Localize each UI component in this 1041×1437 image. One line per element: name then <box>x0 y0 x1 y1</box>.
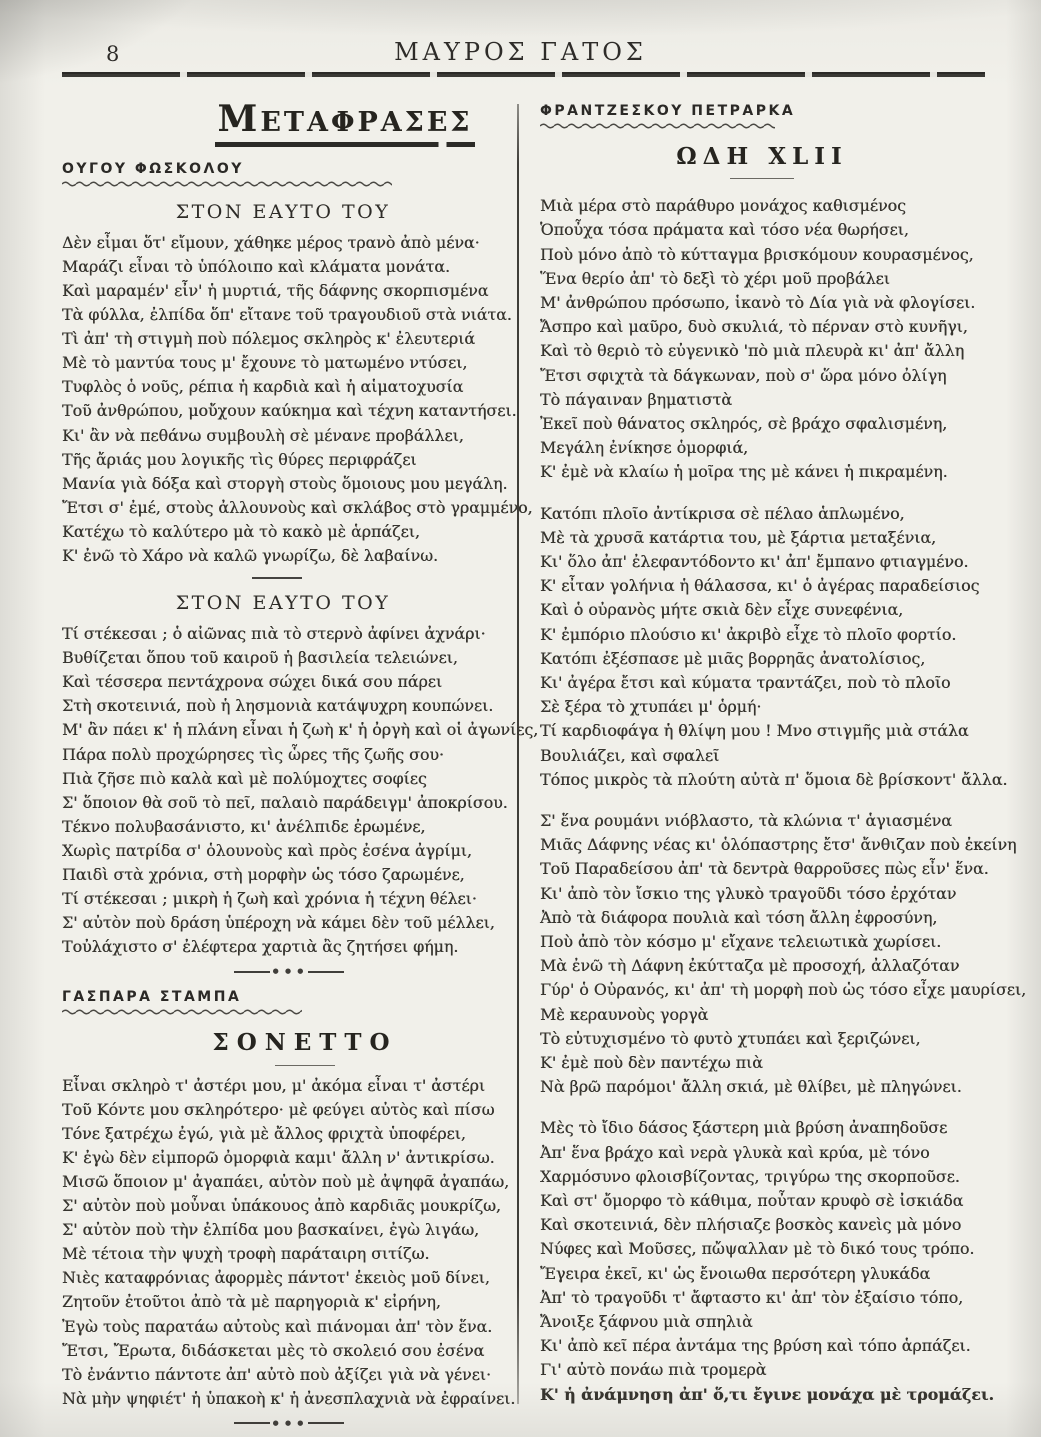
poem-line: Ἐκεῖ ποὺ θάνατος σκληρός, σὲ βράχο σφαλι… <box>540 412 992 436</box>
poem-line: Μὰ ἐνῶ τὴ Δάφνη ἐκύτταζα μὲ προσοχή, ἀλλ… <box>540 954 992 978</box>
poem-sonetto: Εἶναι σκληρὸ τ' ἀστέρι μου, μ' ἀκόμα εἶν… <box>62 1074 504 1411</box>
poem-line: Τί καρδιοφάγα ἡ θλίψη μου ! Μνο στιγμῆς … <box>540 719 992 743</box>
poem-line: Μ' ἂν πάει κ' ἡ πλάνη εἶναι ἡ ζωὴ κ' ἡ ὀ… <box>62 718 504 742</box>
newspaper-page: 8 ΜΑΥΡΟΣ ΓΑΤΟΣ ΜΕΤΑΦΡΑΣΕΣ ΟΥΓΟΥ ΦΩΣΚΟΛΟΥ… <box>0 0 1041 1437</box>
poem-line: Σ' αὐτὸν ποὺ τὴν ἐλπίδα μου βασκαίνει, ἐ… <box>62 1218 504 1242</box>
ornament-divider <box>234 968 344 975</box>
poem-line: Σ' ἕνα ρουμάνι νιόβλαστο, τὰ κλώνια τ' ἁ… <box>540 809 992 833</box>
poem-line: Κι' ἀγέρα ἔτσι καὶ κύματα τραντάζει, ποὺ… <box>540 671 992 695</box>
poem-title-sonetto: ΣΟΝΕΤΤΟ <box>212 1031 397 1055</box>
poem-line: Τὸ πάγαιναν βηματιστὰ <box>540 388 992 412</box>
poem-line: Ὁποὖχα τόσα πράματα καὶ τόσο νέα θωρήσει… <box>540 218 992 242</box>
wavy-underline <box>62 1008 302 1016</box>
heading-rule <box>275 1065 335 1066</box>
ode-stanza-1: Μιὰ μέρα στὸ παράθυρο μονάχος καθισμένος… <box>540 194 992 484</box>
poem-line: Ζητοῦν ἐτοῦτοι ἀπὸ τὰ μὲ παρηγοριὰ κ' εἰ… <box>62 1290 504 1314</box>
poem-line: Τοὐλάχιστο σ' ἐλέφτερα χαρτιὰ ἂς ζητήσει… <box>62 935 504 959</box>
poem-line: Ἀπ' τὸ τραγοῦδι τ' ἄφταστο κι' ἀπ' τὸν ἐ… <box>540 1286 992 1310</box>
wavy-underline <box>540 122 775 130</box>
poem-line: Παιδὶ στὰ χρόνια, στὴ μορφὴν ὡς τόσο ζαρ… <box>62 863 504 887</box>
poem-line: Καὶ τὸ θεριὸ τὸ εὐγενικὸ 'πὸ μιὰ πλευρὰ … <box>540 339 992 363</box>
poem-line: Τὸ εὐτυχισμένο τὸ φυτὸ χτυπάει καὶ ξεριζ… <box>540 1027 992 1051</box>
poem-line: Χωρὶς πατρίδα σ' ὁλουνοὺς καὶ πρὸς ἐσένα… <box>62 839 504 863</box>
poem-line: Μισῶ ὅποιον μ' ἀγαπάει, αὐτὸν ποὺ μὲ ἀψη… <box>62 1170 504 1194</box>
poem-line: Κι' ἀπὸ κεῖ πέρα ἀντάμα της βρύση καὶ τό… <box>540 1334 992 1358</box>
poem-line: Καὶ στ' ὄμορφο τὸ κάθιμα, ποὖταν κρυφὸ σ… <box>540 1189 992 1213</box>
poem-title: ΣΤΟΝ ΕΑΥΤΟ ΤΟΥ <box>62 201 504 223</box>
poem-line: Τυφλὸς ὁ νοῦς, ρέπια ἡ καρδιὰ καὶ ἡ αἱμα… <box>62 375 504 399</box>
poem-line: Σ' ὅποιον θὰ σοῦ τὸ πεῖ, παλαιὸ παράδειγ… <box>62 791 504 815</box>
poem-line: Κατέχω τὸ καλύτερο μὰ τὸ κακὸ μὲ ἁρπάζει… <box>62 520 504 544</box>
left-column: ΜΕΤΑΦΡΑΣΕΣ ΟΥΓΟΥ ΦΩΣΚΟΛΟΥ ΣΤΟΝ ΕΑΥΤΟ ΤΟΥ… <box>62 96 504 1427</box>
sonetto-heading-block: ΣΟΝΕΤΤΟ <box>212 1031 397 1065</box>
poem-line: Μεγάλη ἐνίκησε ὁμορφιά, <box>540 436 992 460</box>
poem-line: Σ' αὐτὸν ποὺ δράση ὑπέροχη νὰ κάμει δὲν … <box>62 911 504 935</box>
poem-line: Ἔγειρα ἐκεῖ, κι' ὡς ἔνοιωθα περσότερη γλ… <box>540 1262 992 1286</box>
poem-line: Εἶναι σκληρὸ τ' ἀστέρι μου, μ' ἀκόμα εἶν… <box>62 1074 504 1098</box>
ornament-dots <box>270 1420 309 1427</box>
ode-stanza-3: Σ' ἕνα ρουμάνι νιόβλαστο, τὰ κλώνια τ' ἁ… <box>540 809 992 1099</box>
poem-line: Κι' ἂν νὰ πεθάνω συμβουλὴ σὲ μένανε προβ… <box>62 424 504 448</box>
poem-line: Χαρμόσυνο φλοισβίζοντας, τριγύρω της σκο… <box>540 1165 992 1189</box>
ornament-divider <box>234 1420 344 1427</box>
poem-line: Μ' ἀνθρώπου πρόσωπο, ἱκανὸ τὸ Δία γιὰ νὰ… <box>540 291 992 315</box>
poem-line: Καὶ μαραμέν' εἶν' ἡ μυρτιά, τῆς δάφνης σ… <box>62 279 504 303</box>
ode-stanza-2: Κατόπι πλοῖο ἀντίκρισα σὲ πέλαο ἁπλωμένο… <box>540 502 992 792</box>
poem-line: Μὲς τὸ ἴδιο δάσος ξάστερη μιὰ βρύση ἀναπ… <box>540 1116 992 1140</box>
poem-line: Τὰ φύλλα, ἐλπίδα ὅπ' εἴτανε τοῦ τραγουδι… <box>62 303 504 327</box>
poem-line: Τὶ ἀπ' τὴ στιγμὴ ποὺ πόλεμος σκληρὸς κ' … <box>62 327 504 351</box>
masthead-title: ΜΑΥΡΟΣ ΓΑΤΟΣ <box>0 38 1041 66</box>
poem-line: Τόνε ξατρέχω ἐγώ, γιὰ μὲ ἄλλος φριχτὰ ὑπ… <box>62 1122 504 1146</box>
poem-line: Μανία γιὰ δόξα καὶ στοργὴ στοὺς ὅμοιους … <box>62 472 504 496</box>
poem-line: Κ' ἐμὲ ποὺ δὲν παντέχω πιὰ <box>540 1051 992 1075</box>
poem-line: Τί στέκεσαι ; μικρὴ ἡ ζωὴ καὶ χρόνια ἡ τ… <box>62 887 504 911</box>
poem-line: Κατόπι ἐξέσπασε μὲ μιᾶς βορρηᾶς ἀνατολίσ… <box>540 647 992 671</box>
poem-line: Βυθίζεται ὅπου τοῦ καιροῦ ἡ βασιλεία τελ… <box>62 646 504 670</box>
right-column: ΦΡΑΝΤΖΕΣΚΟΥ ΠΕΤΡΑΡΚΑ ΩΔΗ XLII Μιὰ μέρα σ… <box>540 96 992 1407</box>
poem-line: Καὶ ὁ οὐρανὸς μήτε σκιὰ δὲν εἶχε συνεφέν… <box>540 598 992 622</box>
poem-line: Ἄσπρο καὶ μαῦρο, δυὸ σκυλιά, τὸ πέρναν σ… <box>540 315 992 339</box>
poem-line: Μὲ τέτοια τὴν ψυχὴ τροφὴ παράταιρη σιτίζ… <box>62 1242 504 1266</box>
poem-line: Κ' ἐμπόριο πλούσιο κι' ἀκριβὸ εἶχε τὸ πλ… <box>540 623 992 647</box>
poem-line: Μιὰ μέρα στὸ παράθυρο μονάχος καθισμένος <box>540 194 992 218</box>
poem-line: Ἄνοιξε ξάφνου μιὰ σπηλιὰ <box>540 1310 992 1334</box>
poem-title: ΣΤΟΝ ΕΑΥΤΟ ΤΟΥ <box>62 592 504 614</box>
ode-heading-block: ΩΔΗ XLII <box>676 145 848 179</box>
poem-line: Γι' αὐτὸ πονάω πιὰ τρομερὰ <box>540 1358 992 1382</box>
poem-line: Νὰ βρῶ παρόμοι' ἄλλη σκιά, μὲ θλίβει, μὲ… <box>540 1075 992 1099</box>
poem-line: Τῆς ἄριάς μου λογικῆς τὶς θύρες περιφράζ… <box>62 448 504 472</box>
section-title: ΜΕΤΑΦΡΑΣΕΣ <box>217 101 472 139</box>
poem-line: Νύφες καὶ Μοῦσες, πὤψαλλαν μὲ τὸ δικό το… <box>540 1237 992 1261</box>
wavy-underline <box>62 180 392 188</box>
section-heading-block: ΜΕΤΑΦΡΑΣΕΣ <box>217 101 472 147</box>
poem-line: Καὶ σκοτεινιά, δὲν πλήσιαζε βοσκὸς κανεὶ… <box>540 1213 992 1237</box>
author-heading-foscolo: ΟΥΓΟΥ ΦΩΣΚΟΛΟΥ <box>62 161 504 177</box>
author-heading-petrarca: ΦΡΑΝΤΖΕΣΚΟΥ ΠΕΤΡΑΡΚΑ <box>540 103 992 119</box>
poem-line: Ἔτσι σφιχτὰ τὰ δάγκωναν, ποὺ σ' ὥρα μόνο… <box>540 364 992 388</box>
poem-foscolo-2: Τί στέκεσαι ; ὁ αἰῶνας πιὰ τὸ στερνὸ ἀφί… <box>62 622 504 959</box>
poem-line: Κ' ἐνῶ τὸ Χάρο νὰ καλῶ γνωρίζω, δὲ λαβαί… <box>62 544 504 568</box>
poem-line: Τί στέκεσαι ; ὁ αἰῶνας πιὰ τὸ στερνὸ ἀφί… <box>62 622 504 646</box>
poem-line: Τοῦ Παραδείσου ἀπ' τὰ δεντρὰ θαρροῦσες π… <box>540 857 992 881</box>
poem-line: Μὲ τὰ χρυσᾶ κατάρτια του, μὲ ξάρτια μετα… <box>540 526 992 550</box>
poem-title-ode: ΩΔΗ XLII <box>676 145 848 169</box>
poem-foscolo-1: Δὲν εἶμαι ὅτ' εἴμουν, χάθηκε μέρος τρανὸ… <box>62 231 504 568</box>
header-rule <box>62 72 985 77</box>
poem-line: Πάρα πολὺ προχώρησες τὶς ὧρες τῆς ζωῆς σ… <box>62 743 504 767</box>
column-divider <box>517 104 519 1404</box>
poem-line: Σ' αὐτὸν ποὺ μοὖναι ὑπάκουος ἀπὸ καρδιᾶς… <box>62 1194 504 1218</box>
poem-line: Κι' ἀπὸ τὸν ἴσκιο της γλυκὸ τραγοῦδι τόσ… <box>540 882 992 906</box>
poem-line: Κ' ἐμὲ νὰ κλαίω ἡ μοῖρα της μὲ κάνει ἡ π… <box>540 460 992 484</box>
poem-line: Τέκνο πολυβασάνιστο, κι' ἀνέλπιδε ἐρωμέν… <box>62 815 504 839</box>
poem-line: Καὶ τέσσερα πεντάχρονα σώχει δικά σου πά… <box>62 670 504 694</box>
poem-line: Σὲ ξέρα τὸ χτυπάει μ' ὁρμή· <box>540 695 992 719</box>
poem-line: Κ' ἡ ἀνάμνηση ἀπ' ὅ,τι ἔγινε μονάχα μὲ τ… <box>540 1383 992 1407</box>
poem-line: Τὸ ἐνάντιο πάντοτε ἀπ' αὐτὸ ποὺ ἀξίζει γ… <box>62 1363 504 1387</box>
poem-line: Ἕνα θερίο ἀπ' τὸ δεξὶ τὸ χέρι μοῦ προβάλ… <box>540 267 992 291</box>
poem-line: Δὲν εἶμαι ὅτ' εἴμουν, χάθηκε μέρος τρανὸ… <box>62 231 504 255</box>
author-heading-stampa: ΓΑΣΠΑΡΑ ΣΤΑΜΠΑ <box>62 989 504 1005</box>
poem-line: Τοῦ Κόντε μου σκληρότερο· μὲ φεύγει αὐτὸ… <box>62 1098 504 1122</box>
heading-rule <box>730 178 794 179</box>
poem-line: Ποὺ ἀπὸ τὸν κόσμο μ' εἴχανε τελειωτικὰ χ… <box>540 930 992 954</box>
poem-line: Κατόπι πλοῖο ἀντίκρισα σὲ πέλαο ἁπλωμένο… <box>540 502 992 526</box>
poem-line: Κ' ἐγὼ δὲν εἰμπορῶ ὀμορφιὰ καμι' ἄλλη ν'… <box>62 1146 504 1170</box>
poem-line: Νιὲς καταφρόνιας ἀφορμὲς πάντοτ' ἐκειὸς … <box>62 1266 504 1290</box>
poem-line: Βουλιάζει, καὶ σφαλεῖ <box>540 744 992 768</box>
poem-line: Ἐγὼ τοὺς παρατάω αὐτοὺς καὶ πιάνομαι ἀπ'… <box>62 1315 504 1339</box>
poem-line: Ἀπ' ἕνα βράχο καὶ νερὰ γλυκὰ καὶ κρύα, μ… <box>540 1141 992 1165</box>
ornament-dots <box>270 968 309 975</box>
poem-line: Ἔτσι σ' ἐμέ, στοὺς ἀλλουνοὺς καὶ σκλάβος… <box>62 496 504 520</box>
poem-line: Νὰ μὴν ψηφιέτ' ἡ ὑπακοὴ κ' ἡ ἀνεσπλαχνιὰ… <box>62 1387 504 1411</box>
poem-line: Πιὰ ζῆσε πιὸ καλὰ καὶ μὲ πολύμοχτες σοφί… <box>62 767 504 791</box>
poem-line: Μαράζι εἶναι τὸ ὑπόλοιπο καὶ κλάματα μον… <box>62 255 504 279</box>
poem-line: Τοῦ ἀνθρώπου, μοὔχουν καύκημα καὶ τέχνη … <box>62 399 504 423</box>
poem-line: Κ' εἶταν γολήνια ἡ θάλασσα, κι' ὁ ἀγέρας… <box>540 574 992 598</box>
poem-separator-rule <box>252 577 302 579</box>
poem-line: Ἀπὸ τὰ διάφορα πουλιὰ καὶ τόση ἄλλη ἐφρο… <box>540 906 992 930</box>
poem-line: Ποὺ μόνο ἀπὸ τὸ κύτταγμα βρισκόμουν κουρ… <box>540 243 992 267</box>
poem-line: Στὴ σκοτεινιά, ποὺ ἡ λησμονιὰ κατάψυχρη … <box>62 694 504 718</box>
ode-stanza-4: Μὲς τὸ ἴδιο δάσος ξάστερη μιὰ βρύση ἀναπ… <box>540 1116 992 1406</box>
poem-line: Κι' ὅλο ἀπ' ἐλεφαντόδοντο κι' ἀπ' ἔμπανο… <box>540 550 992 574</box>
poem-line: Μὲ τὸ μαντύα τους μ' ἔχουνε τὸ ματωμένο … <box>62 351 504 375</box>
poem-line: Γύρ' ὁ Οὐρανός, κι' ἀπ' τὴ μορφὴ ποὺ ὡς … <box>540 978 992 1002</box>
poem-line: Τόπος μικρὸς τὰ πλούτη αὐτὰ π' ὅμοια δὲ … <box>540 768 992 792</box>
poem-line: Μιᾶς Δάφνης νέας κι' ὁλόπαστρης ἔτσ' ἄνθ… <box>540 833 992 857</box>
poem-line: Ἔτσι, Ἔρωτα, διδάσκεται μὲς τὸ σκολειό σ… <box>62 1339 504 1363</box>
poem-line: Μὲ κεραυνοὺς γοργὰ <box>540 1003 992 1027</box>
section-title-underline <box>215 142 475 147</box>
